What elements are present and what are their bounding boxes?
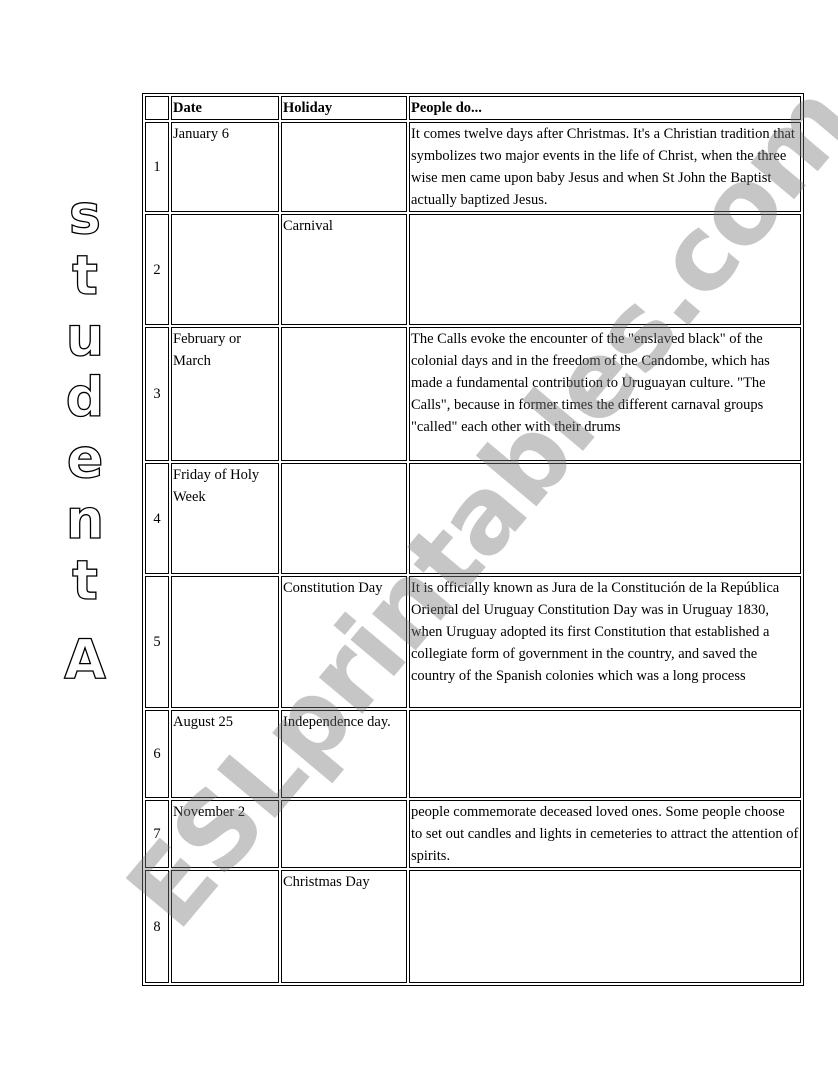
- header-number: [145, 96, 169, 120]
- date-cell[interactable]: Friday of Holy Week: [171, 463, 279, 574]
- people-do-cell[interactable]: people commemorate deceased loved ones. …: [409, 800, 801, 868]
- people-do-cell[interactable]: [409, 870, 801, 983]
- date-cell[interactable]: February or March: [171, 327, 279, 461]
- row-number: 3: [145, 327, 169, 461]
- holiday-cell[interactable]: Carnival: [281, 214, 407, 325]
- date-cell[interactable]: November 2: [171, 800, 279, 868]
- title-letter: e: [52, 428, 118, 489]
- title-letter: t: [52, 245, 118, 306]
- people-do-cell[interactable]: It is officially known as Jura de la Con…: [409, 576, 801, 708]
- table-row: 2 Carnival: [145, 214, 801, 325]
- date-cell[interactable]: [171, 214, 279, 325]
- holiday-cell[interactable]: [281, 327, 407, 461]
- people-do-cell[interactable]: [409, 214, 801, 325]
- row-number: 6: [145, 710, 169, 798]
- holiday-cell[interactable]: Constitution Day: [281, 576, 407, 708]
- holiday-cell[interactable]: [281, 463, 407, 574]
- table-row: 3 February or March The Calls evoke the …: [145, 327, 801, 461]
- people-do-cell[interactable]: [409, 710, 801, 798]
- row-number: 2: [145, 214, 169, 325]
- holiday-cell[interactable]: Independence day.: [281, 710, 407, 798]
- title-letter: A: [52, 629, 118, 690]
- row-number: 5: [145, 576, 169, 708]
- table-row: 5 Constitution Day It is officially know…: [145, 576, 801, 708]
- holiday-cell[interactable]: Christmas Day: [281, 870, 407, 983]
- date-cell[interactable]: [171, 576, 279, 708]
- table-row: 6 August 25 Independence day.: [145, 710, 801, 798]
- title-letter: t: [52, 550, 118, 611]
- holiday-cell[interactable]: [281, 122, 407, 212]
- table-row: 7 November 2 people commemorate deceased…: [145, 800, 801, 868]
- row-number: 1: [145, 122, 169, 212]
- title-letter: u: [52, 306, 118, 367]
- title-letter: d: [52, 367, 118, 428]
- date-cell[interactable]: January 6: [171, 122, 279, 212]
- people-do-cell[interactable]: It comes twelve days after Christmas. It…: [409, 122, 801, 212]
- header-people-do: People do...: [409, 96, 801, 120]
- people-do-cell[interactable]: [409, 463, 801, 574]
- title-letter: n: [52, 489, 118, 550]
- header-date: Date: [171, 96, 279, 120]
- date-cell[interactable]: [171, 870, 279, 983]
- title-letter: s: [52, 184, 118, 245]
- holiday-cell[interactable]: [281, 800, 407, 868]
- row-number: 7: [145, 800, 169, 868]
- table-row: 4 Friday of Holy Week: [145, 463, 801, 574]
- table-row: 8 Christmas Day: [145, 870, 801, 983]
- holidays-table: Date Holiday People do... 1 January 6 It…: [142, 93, 804, 986]
- student-a-vertical-title: s t u d e n t A: [52, 184, 118, 690]
- people-do-cell[interactable]: The Calls evoke the encounter of the "en…: [409, 327, 801, 461]
- header-holiday: Holiday: [281, 96, 407, 120]
- header-row: Date Holiday People do...: [145, 96, 801, 120]
- row-number: 4: [145, 463, 169, 574]
- date-cell[interactable]: August 25: [171, 710, 279, 798]
- row-number: 8: [145, 870, 169, 983]
- table-row: 1 January 6 It comes twelve days after C…: [145, 122, 801, 212]
